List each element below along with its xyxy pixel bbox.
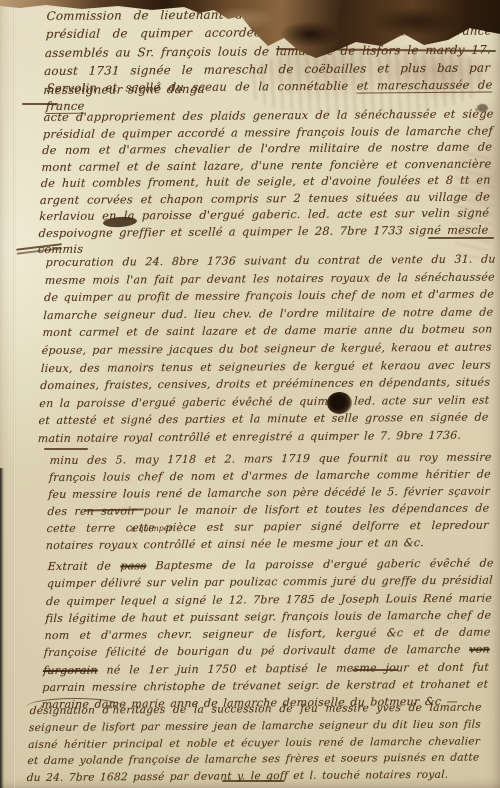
paragraph-designation: désignation d'héritages de la succession… [26,699,482,787]
extrait-struck-word: pass [120,559,146,572]
margin-dash [22,103,58,105]
interline-note: a quimper [131,524,173,534]
fold-line [13,0,16,788]
extrait-pre: Extrait de [47,559,120,573]
ink-spot-right [477,104,488,112]
ink-blot [327,392,352,414]
paragraph-procuration: procuration du 24. 8bre 1736 suivant du … [37,250,496,447]
underline-1736 [44,448,88,450]
paragraph-minu: minu des 5. may 1718 et 2. mars 1719 que… [45,449,492,555]
end-dash-commis [428,237,494,239]
bottom-dash [222,780,284,782]
page-edge-shadow [0,468,4,788]
paragraph-acte-appropriement: acte d'appropriement des plaids generaux… [37,106,494,258]
manuscript-photo: Commission de lieutenant des mareschaux … [0,0,500,788]
strikethrough-trevanet [352,669,398,671]
paragraph-extrait-baptesme: Extrait de pass Baptesme de la paroisse … [41,554,494,713]
paragraph-servolin-text: Servolin et scellé du sceau de la connét… [46,79,357,95]
paper-page: Commission de lieutenant des mareschaux … [0,0,500,788]
